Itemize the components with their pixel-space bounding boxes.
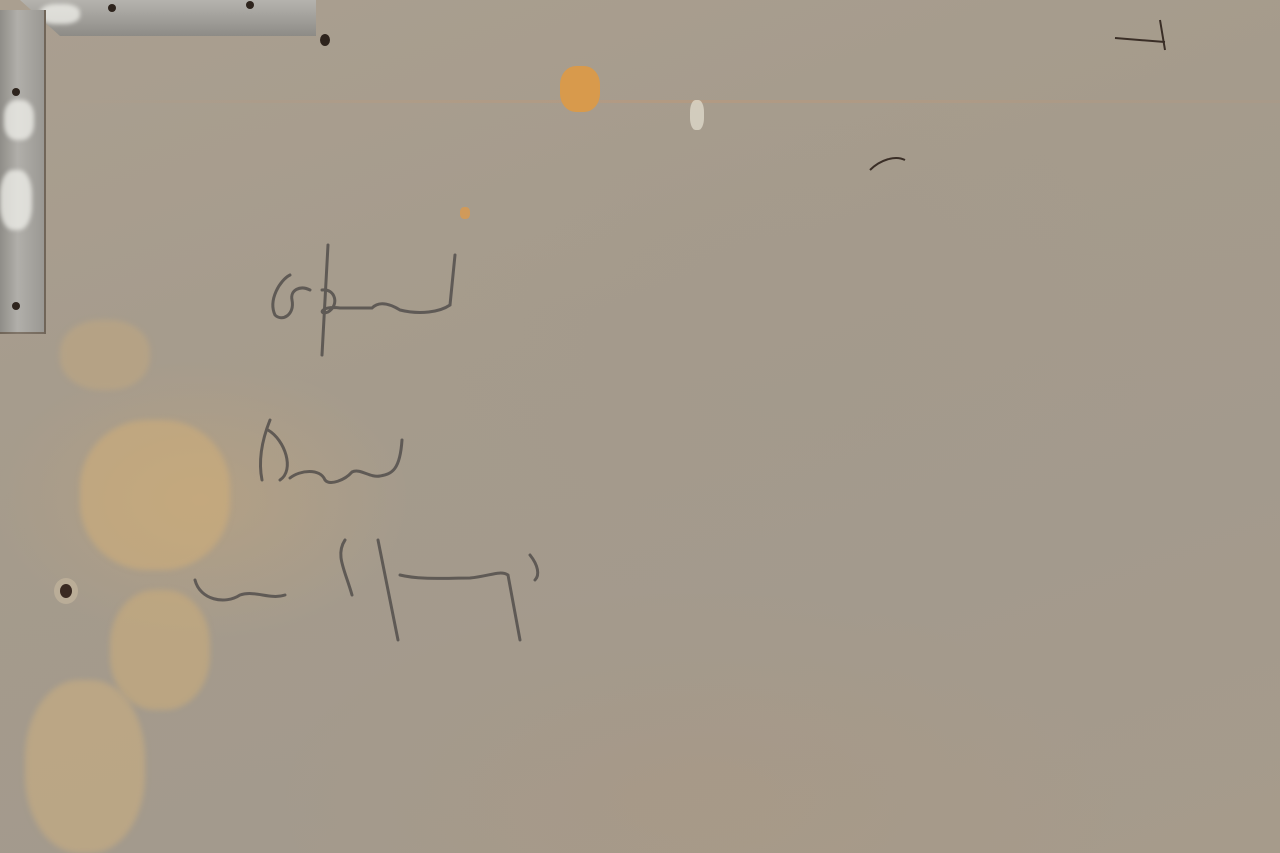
fiberboard-panel: Opal Reed Soda Springs (0, 0, 1280, 853)
pencil-handwriting (0, 0, 1280, 853)
